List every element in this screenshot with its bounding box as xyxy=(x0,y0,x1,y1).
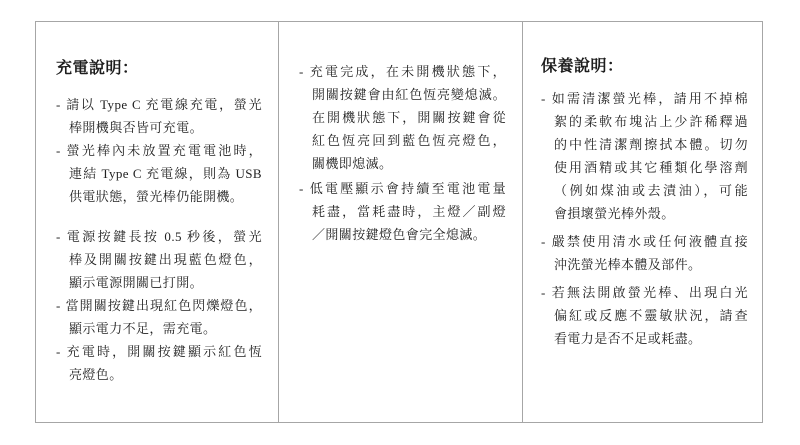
text-line: - 若無法開啟螢光棒、出現白光 xyxy=(554,281,748,304)
bullet-dash: - xyxy=(541,234,552,249)
bullet-paragraph: - 請以 Type C 充電線充電，螢光棒開機與否皆可充電。 xyxy=(56,93,262,139)
text-line: - 低電壓顯示會持續至電池電量 xyxy=(312,177,506,200)
text-line: 的中性清潔劑擦拭本體。切勿 xyxy=(554,133,748,156)
charging-instructions-column: 充電說明： - 請以 Type C 充電線充電，螢光棒開機與否皆可充電。- 螢光… xyxy=(36,22,278,422)
text-line: （例如煤油或去漬油），可能 xyxy=(554,179,748,202)
bullet-paragraph: - 充電時，開關按鍵顯示紅色恆亮燈色。 xyxy=(56,340,262,386)
maintenance-instructions-column: 保養說明： - 如需清潔螢光棒，請用不掉棉絮的柔軟布塊沾上少許稀釋過的中性清潔劑… xyxy=(522,22,762,422)
bullet-paragraph: - 當開關按鍵出現紅色閃爍燈色，顯示電力不足，需充電。 xyxy=(56,294,262,340)
text-line: 絮的柔軟布塊沾上少許稀釋過 xyxy=(554,110,748,133)
bullet-dash: - xyxy=(56,97,66,112)
text-line: ／開關按鍵燈色會完全熄滅。 xyxy=(312,223,506,246)
text-line: 會損壞螢光棒外殼。 xyxy=(554,202,748,225)
text-line: 顯示電源開關已打開。 xyxy=(69,271,262,294)
bullet-paragraph: - 螢光棒內未放置充電電池時，連結 Type C 充電線，則為 USB供電狀態，… xyxy=(56,139,262,208)
text-line: 供電狀態，螢光棒仍能開機。 xyxy=(69,185,262,208)
text-line: 連結 Type C 充電線，則為 USB xyxy=(69,162,262,185)
text-line: - 當開關按鍵出現紅色閃爍燈色， xyxy=(69,294,262,317)
text-line: - 充電完成，在未開機狀態下， xyxy=(312,60,506,83)
text-line: 看電力是否不足或耗盡。 xyxy=(554,327,748,350)
text-line: 開關按鍵會由紅色恆亮變熄滅。 xyxy=(312,83,506,106)
maintenance-section-title: 保養說明： xyxy=(541,55,748,78)
text-line: 沖洗螢光棒本體及部件。 xyxy=(554,253,748,276)
bullet-dash: - xyxy=(299,181,310,196)
bullet-paragraph: - 充電完成，在未開機狀態下，開關按鍵會由紅色恆亮變熄滅。在開機狀態下，開關按鍵… xyxy=(299,60,506,175)
bullet-paragraph: - 若無法開啟螢光棒、出現白光偏紅或反應不靈敏狀況，請查看電力是否不足或耗盡。 xyxy=(541,281,748,350)
text-line: - 嚴禁使用清水或任何液體直接 xyxy=(554,230,748,253)
bullet-dash: - xyxy=(56,143,67,158)
bullet-paragraph: - 電源按鍵長按 0.5 秒後，螢光棒及開關按鍵出現藍色燈色，顯示電源開關已打開… xyxy=(56,225,262,294)
bullet-dash: - xyxy=(56,344,67,359)
text-line: - 電源按鍵長按 0.5 秒後，螢光 xyxy=(69,225,262,248)
bullet-dash: - xyxy=(541,285,552,300)
text-line: 紅色恆亮回到藍色恆亮燈色， xyxy=(312,129,506,152)
bullet-paragraph: - 低電壓顯示會持續至電池電量耗盡，當耗盡時，主燈／副燈／開關按鍵燈色會完全熄滅… xyxy=(299,177,506,246)
text-line: - 螢光棒內未放置充電電池時， xyxy=(69,139,262,162)
charging-instructions-continued-body: - 充電完成，在未開機狀態下，開關按鍵會由紅色恆亮變熄滅。在開機狀態下，開關按鍵… xyxy=(299,60,506,246)
text-line: 耗盡，當耗盡時，主燈／副燈 xyxy=(312,200,506,223)
instructions-table: 充電說明： - 請以 Type C 充電線充電，螢光棒開機與否皆可充電。- 螢光… xyxy=(35,21,763,423)
text-line: 亮燈色。 xyxy=(69,363,262,386)
text-line: 關機即熄滅。 xyxy=(312,152,506,175)
text-line: - 充電時，開關按鍵顯示紅色恆 xyxy=(69,340,262,363)
text-line: 顯示電力不足，需充電。 xyxy=(69,317,262,340)
bullet-dash: - xyxy=(56,229,67,244)
text-line: 棒開機與否皆可充電。 xyxy=(69,116,262,139)
text-line: 偏紅或反應不靈敏狀況，請查 xyxy=(554,304,748,327)
bullet-dash: - xyxy=(541,91,552,106)
manual-document-page: 充電說明： - 請以 Type C 充電線充電，螢光棒開機與否皆可充電。- 螢光… xyxy=(0,0,800,445)
bullet-paragraph: - 嚴禁使用清水或任何液體直接沖洗螢光棒本體及部件。 xyxy=(541,230,748,276)
text-line: 在開機狀態下，開關按鍵會從 xyxy=(312,106,506,129)
text-line: 棒及開關按鍵出現藍色燈色， xyxy=(69,248,262,271)
bullet-dash: - xyxy=(299,64,310,79)
text-line: 使用酒精或其它種類化學溶劑 xyxy=(554,156,748,179)
charging-instructions-body: - 請以 Type C 充電線充電，螢光棒開機與否皆可充電。- 螢光棒內未放置充… xyxy=(56,93,262,386)
charging-section-title: 充電說明： xyxy=(56,57,262,80)
charging-instructions-continued-column: - 充電完成，在未開機狀態下，開關按鍵會由紅色恆亮變熄滅。在開機狀態下，開關按鍵… xyxy=(278,22,522,422)
maintenance-instructions-body: - 如需清潔螢光棒，請用不掉棉絮的柔軟布塊沾上少許稀釋過的中性清潔劑擦拭本體。切… xyxy=(541,87,748,350)
text-line: - 如需清潔螢光棒，請用不掉棉 xyxy=(554,87,748,110)
text-line: - 請以 Type C 充電線充電，螢光 xyxy=(69,93,262,116)
bullet-dash: - xyxy=(56,298,66,313)
bullet-paragraph: - 如需清潔螢光棒，請用不掉棉絮的柔軟布塊沾上少許稀釋過的中性清潔劑擦拭本體。切… xyxy=(541,87,748,225)
